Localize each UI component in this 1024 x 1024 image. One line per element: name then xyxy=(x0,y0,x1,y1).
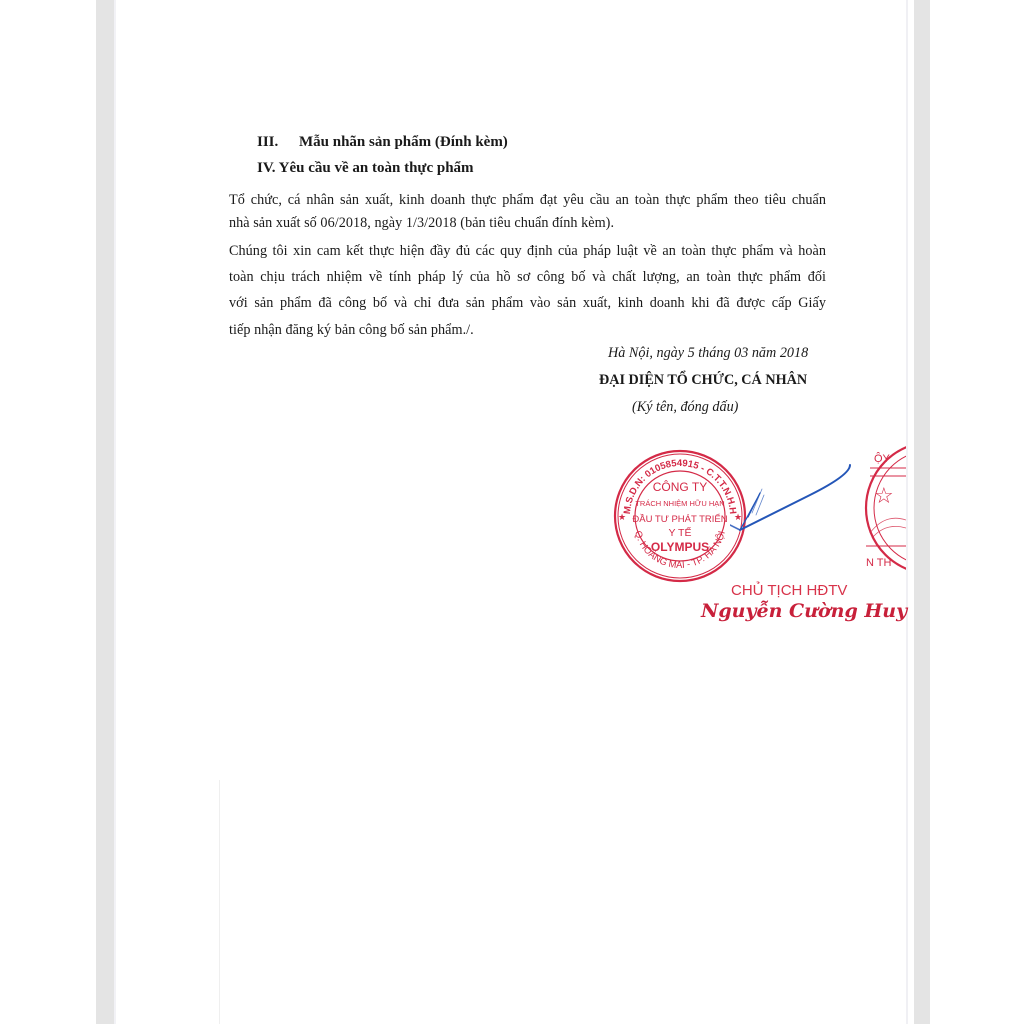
svg-text:★: ★ xyxy=(618,512,626,522)
svg-text:TRÁCH NHIỆM HỮU HẠN: TRÁCH NHIỆM HỮU HẠN xyxy=(635,499,724,508)
page-edge-left xyxy=(114,0,116,1024)
svg-text:CÔNG TY: CÔNG TY xyxy=(653,479,707,494)
sign-note: (Ký tên, đóng dấu) xyxy=(632,399,738,416)
representative-heading: ĐẠI DIỆN TỔ CHỨC, CÁ NHÂN xyxy=(599,372,807,389)
partial-state-stamp-icon: ỘY ☆ N TH xyxy=(860,438,906,578)
paragraph1-line: nhà sản xuất số 06/2018, ngày 1/3/2018 (… xyxy=(229,215,614,232)
paragraph2-line: tiếp nhận đăng ký bản công bố sản phẩm./… xyxy=(229,322,474,339)
paragraph2-line: toàn chịu trách nhiệm về tính pháp lý củ… xyxy=(229,269,826,286)
place-date: Hà Nội, ngày 5 tháng 03 năm 2018 xyxy=(608,345,808,362)
section-iv-title: IV. Yêu cầu về an toàn thực phẩm xyxy=(257,160,474,177)
page-edge-right xyxy=(906,0,908,1024)
section-iii-number: III. xyxy=(257,134,278,151)
handwritten-signature-icon xyxy=(730,455,860,545)
svg-text:N TH: N TH xyxy=(866,557,892,569)
company-stamp-icon: M.S.D.N: 0105854915 - C.T.T.N.H.H Q. HOÀ… xyxy=(612,448,748,584)
paragraph2-line: với sản phẩm đã công bố và chỉ đưa sản p… xyxy=(229,295,826,312)
svg-text:ỘY: ỘY xyxy=(874,452,891,465)
signer-name: Nguyễn Cường Huy xyxy=(701,600,907,622)
right-gray-border xyxy=(914,0,930,1024)
paragraph1-line: Tổ chức, cá nhân sản xuất, kinh doanh th… xyxy=(229,192,826,209)
paragraph2-line: Chúng tôi xin cam kết thực hiện đầy đủ c… xyxy=(229,243,826,260)
scan-artifact-line xyxy=(219,780,220,1024)
signer-title: CHỦ TỊCH HĐTV xyxy=(731,582,847,599)
svg-text:Y TẾ: Y TẾ xyxy=(669,526,692,539)
svg-text:ĐẦU TƯ PHÁT TRIỂN: ĐẦU TƯ PHÁT TRIỂN xyxy=(632,513,727,525)
svg-text:☆: ☆ xyxy=(874,483,894,508)
left-gray-border xyxy=(96,0,114,1024)
svg-text:OLYMPUS: OLYMPUS xyxy=(651,540,709,554)
section-iii-title: Mẫu nhãn sản phẩm (Đính kèm) xyxy=(299,134,508,151)
